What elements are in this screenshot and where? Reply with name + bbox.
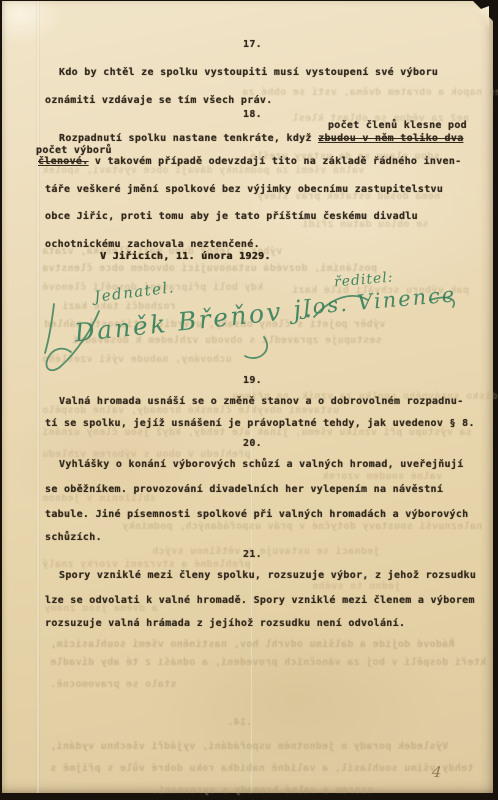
typed-insertion-left: počet výborů: [36, 145, 112, 156]
fold-crease-left: [36, 1, 40, 793]
paragraph-line: Kdo by chtěl ze spolku vystoupiti musí v…: [45, 67, 438, 78]
paragraph-line: ochotnickému zachovala neztenčené.: [45, 239, 260, 250]
paragraph-line: obce Jiřic, proti tomu aby je tato příšt…: [45, 211, 418, 222]
section-17-heading: 17.: [45, 39, 460, 50]
paragraph-line: rozsuzuje valná hrámada z jejíhož rozsud…: [45, 618, 405, 629]
paragraph-line: schůzích.: [45, 532, 102, 543]
section-19-heading: 19.: [45, 375, 460, 386]
paragraph-line: tí se spolku, jejíž usnášení je právopla…: [45, 418, 475, 429]
paragraph-line: táře veškeré jmění spolkové bez výjimky …: [45, 184, 443, 195]
page-number: 4: [431, 763, 442, 782]
struck-text: zbudou v něm toliko dva: [318, 133, 463, 144]
line-text: Rozpadnutí spolku nastane tenkráte, když: [59, 133, 318, 144]
paragraph-line: tabule. Jiné písemnosti spolkové při val…: [45, 509, 468, 520]
paragraph-line: oznámiti vzdávaje se tím všech práv.: [45, 95, 273, 106]
paragraph-line: Valná hromada usnáší se o změně stanov a…: [45, 396, 464, 407]
line-text: v takovém případě odevzdají tito na zákl…: [89, 156, 462, 167]
paragraph-line: členové. v takovém případě odevzdají tit…: [38, 156, 462, 167]
paragraph-line: Spory vzniklé mezi členy spolku, rozsuzu…: [45, 570, 476, 581]
paragraph-line: lze se odvolati k valné hromadě. Spory v…: [45, 595, 475, 606]
typed-text-layer: 17. Kdo by chtěl ze spolku vystoupiti mu…: [45, 1, 472, 800]
section-20-heading: 20.: [45, 438, 460, 449]
paragraph-line: Rozpadnutí spolku nastane tenkráte, když…: [45, 133, 464, 144]
paragraph-line: Vyhlášky o konání výborových schůzí a va…: [45, 459, 464, 470]
struck-text: členové.: [38, 156, 89, 167]
scanned-page: des napok a obratem dvěma, vstí se obhé …: [2, 1, 493, 793]
section-18-heading: 18.: [45, 109, 460, 120]
paragraph-line: se oběžníkem. provozování divadelních he…: [45, 484, 443, 495]
date-line: V Jiřicích, 11. února 1929.: [100, 251, 271, 262]
typed-insertion-right: počet členů klesne pod: [328, 120, 467, 131]
section-21-heading: 21.: [45, 549, 460, 560]
